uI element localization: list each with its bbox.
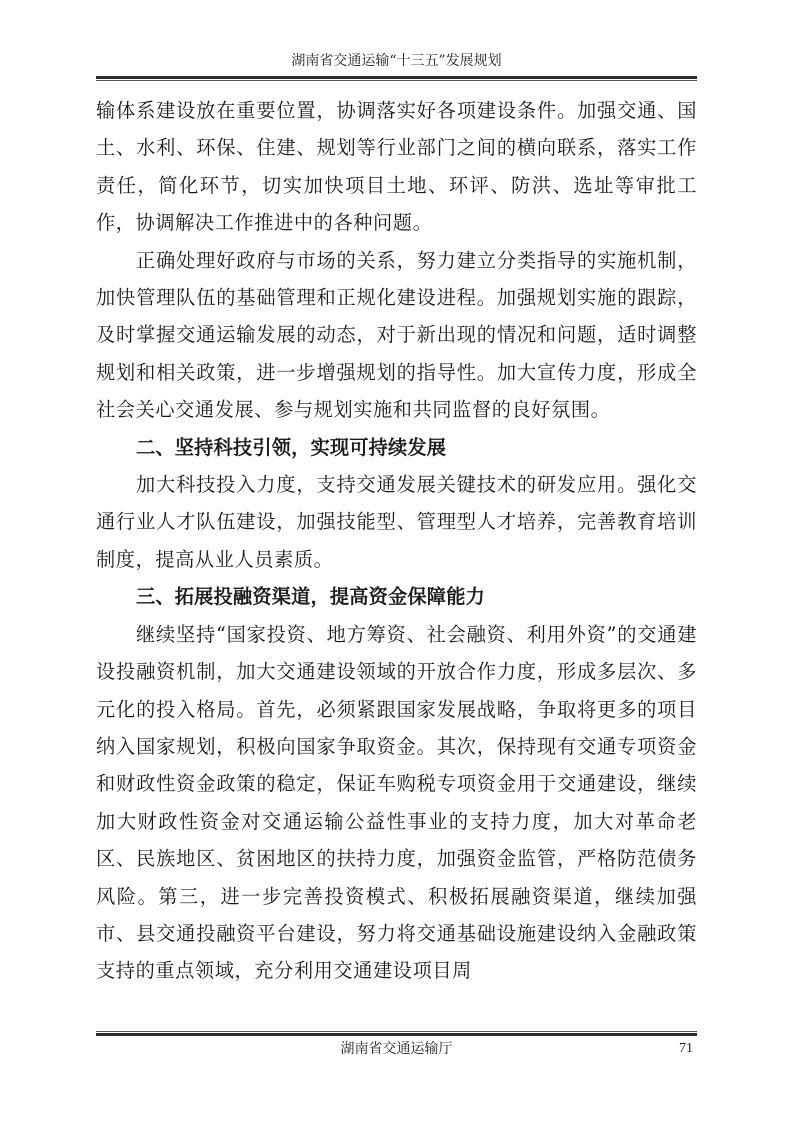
paragraph-government-market: 正确处理好政府与市场的关系，努力建立分类指导的实施机制，加快管理队伍的基础管理和… [96,242,697,429]
footer-rule-thick [96,1033,697,1036]
section-heading-2: 二、坚持科技引领，实现可持续发展 [96,429,697,466]
section-heading-3: 三、拓展投融资渠道，提高资金保障能力 [96,578,697,615]
document-page: 湖南省交通运输“十三五”发展规划 输体系建设放在重要位置，协调落实好各项建设条件… [96,0,697,1122]
header-rule [96,76,697,82]
header-rule-thick [96,76,697,79]
footer-rule-thin [96,1031,697,1032]
paragraph-technology: 加大科技投入力度，支持交通发展关键技术的研发应用。强化交通行业人才队伍建设，加强… [96,466,697,578]
running-footer: 湖南省交通运输厅 [96,1040,697,1058]
running-header: 湖南省交通运输“十三五”发展规划 [96,52,697,70]
body-text: 输体系建设放在重要位置，协调落实好各项建设条件。加强交通、国土、水利、环保、住建… [96,92,697,990]
paragraph-continuation: 输体系建设放在重要位置，协调落实好各项建设条件。加强交通、国土、水利、环保、住建… [96,92,697,242]
header-rule-thin [96,80,697,81]
footer-rule [96,1031,697,1037]
paragraph-financing: 继续坚持“国家投资、地方筹资、社会融资、利用外资”的交通建设投融资机制，加大交通… [96,616,697,990]
page-number: 71 [679,1040,693,1058]
